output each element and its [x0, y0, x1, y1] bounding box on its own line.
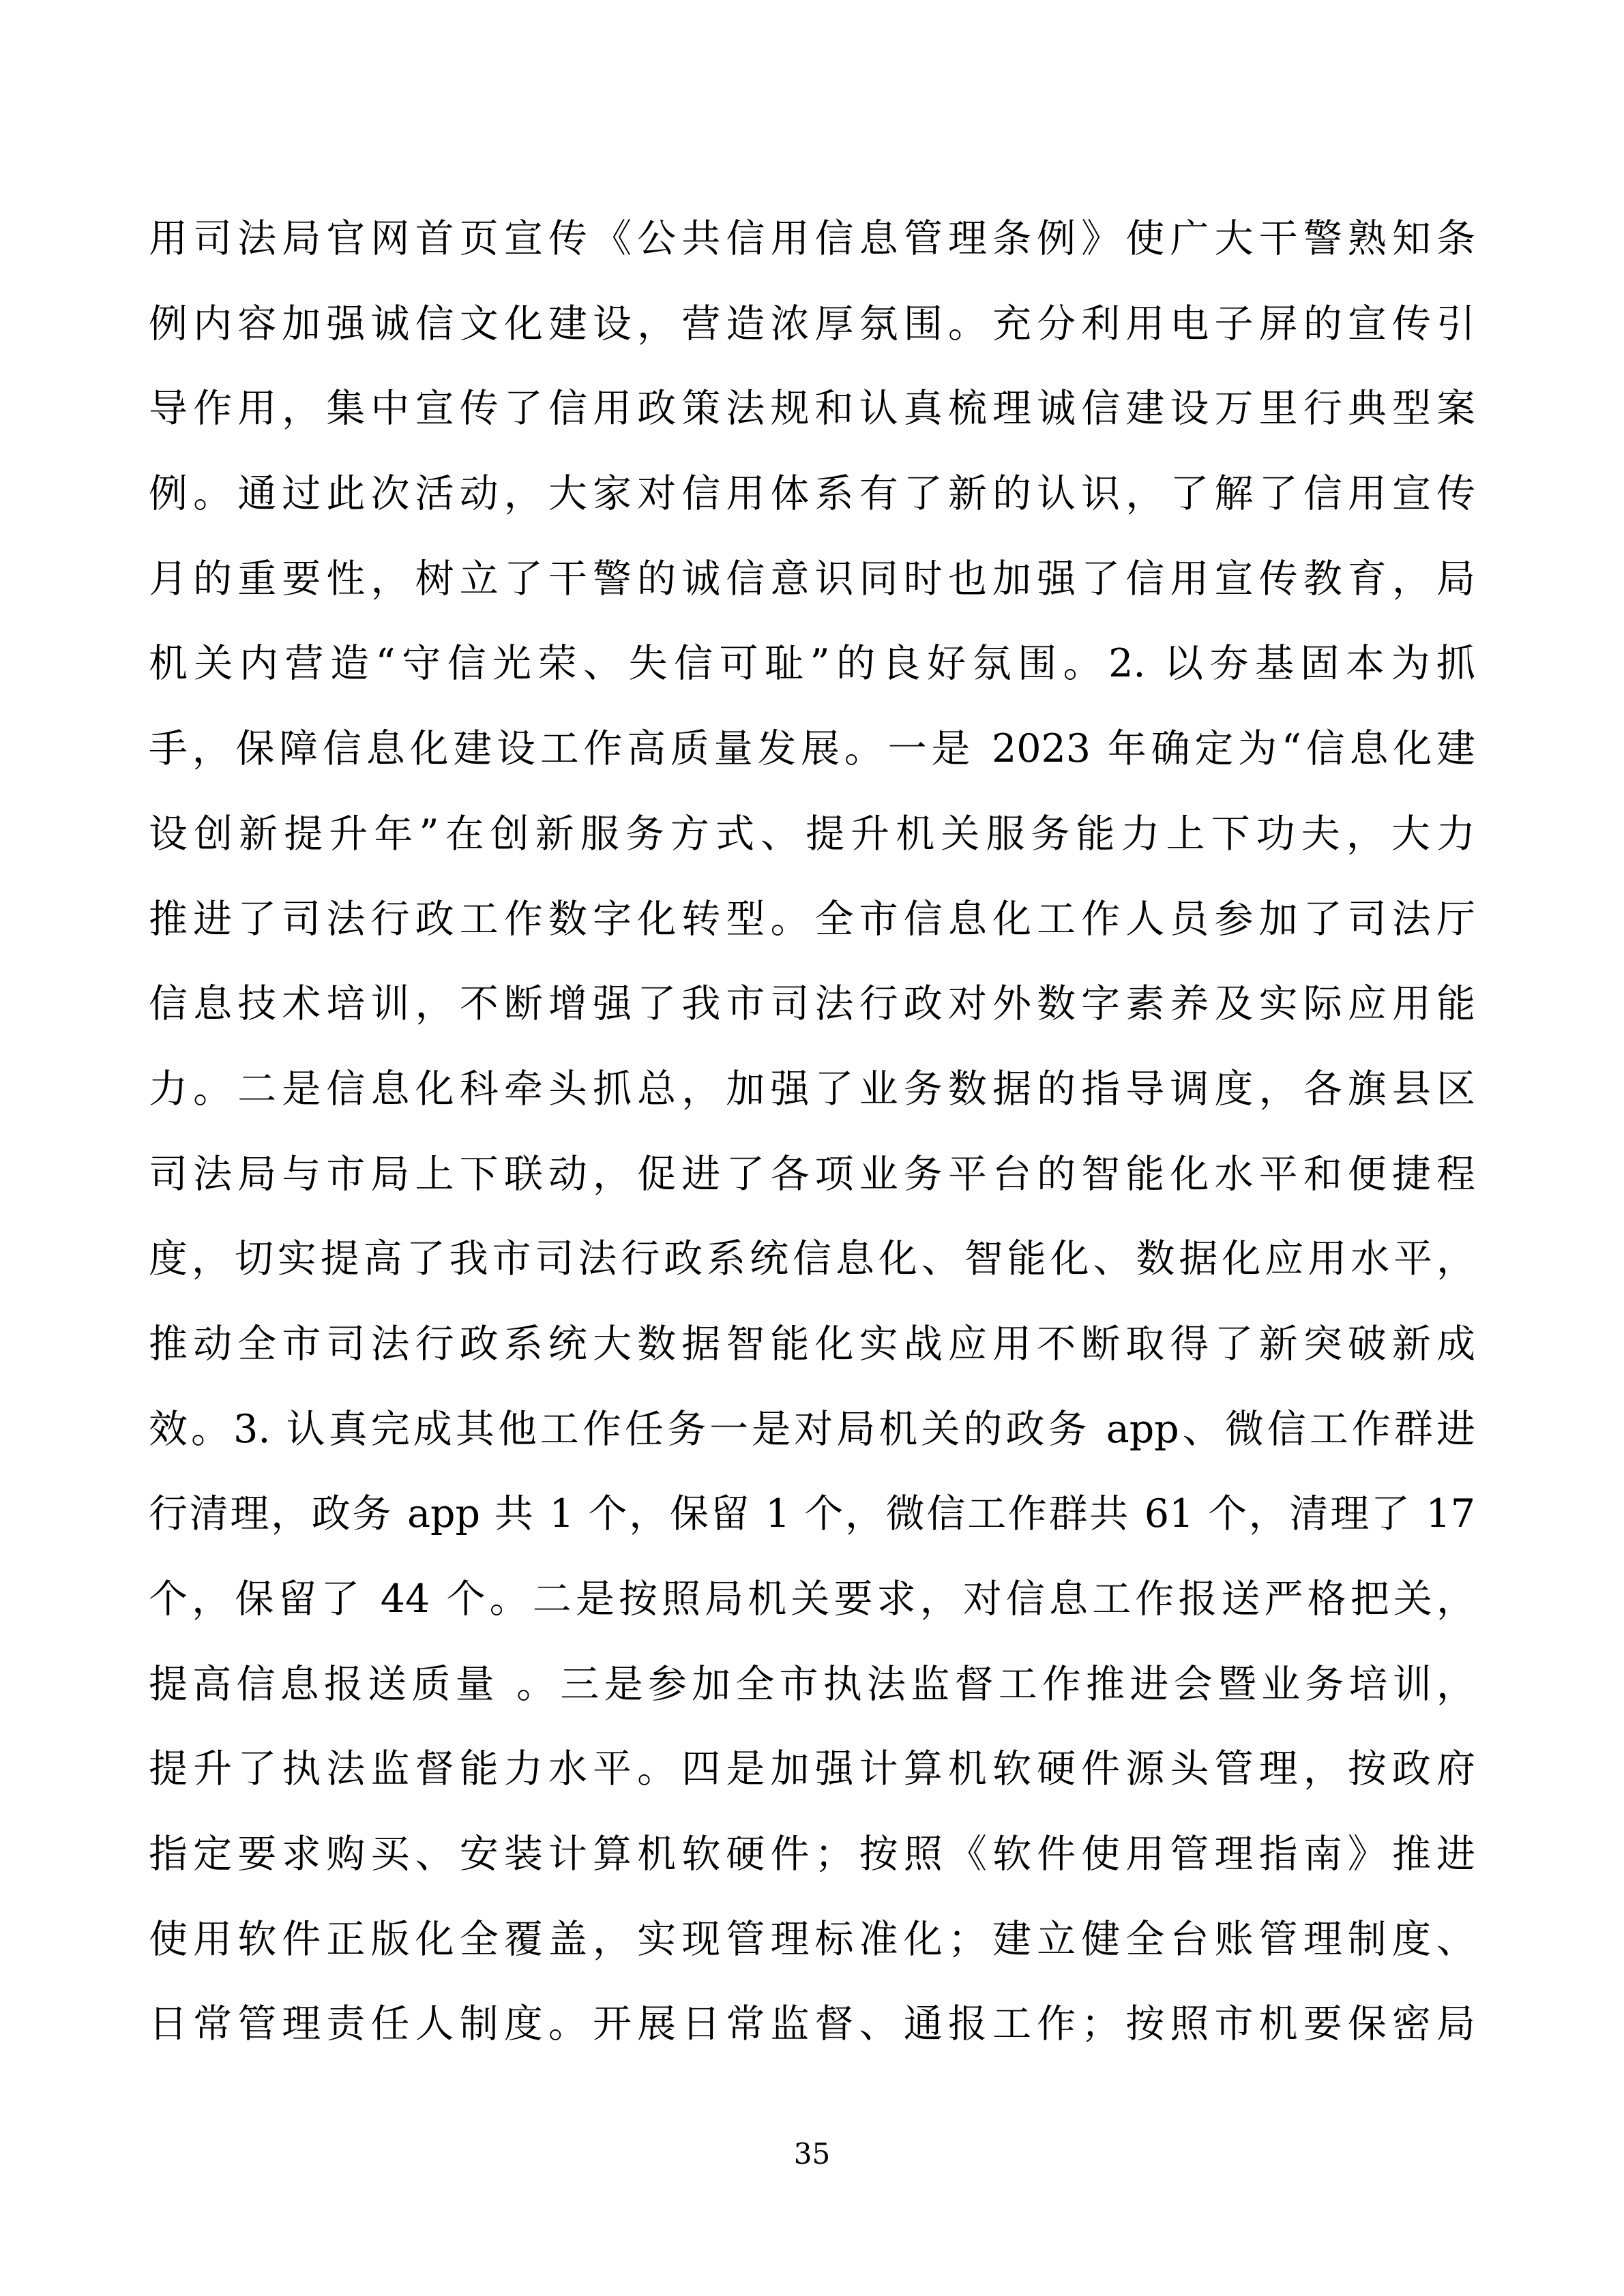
page-number: 35: [0, 2140, 1624, 2168]
text-line: 导作用，集中宣传了信用政策法规和认真梳理诚信建设万里行典型案: [149, 366, 1475, 451]
text-line: 信息技术培训，不断增强了我市司法行政对外数字素养及实际应用能: [149, 961, 1475, 1047]
text-line: 日常管理责任人制度。开展日常监督、通报工作；按照市机要保密局: [149, 1982, 1475, 2067]
text-line: 个，保留了 44 个。二是按照局机关要求，对信息工作报送严格把关，: [149, 1557, 1475, 1642]
text-line: 使用软件正版化全覆盖，实现管理标准化；建立健全台账管理制度、: [149, 1897, 1475, 1982]
text-line: 推进了司法行政工作数字化转型。全市信息化工作人员参加了司法厅: [149, 877, 1475, 962]
text-line: 提升了执法监督能力水平。四是加强计算机软硬件源头管理，按政府: [149, 1727, 1475, 1812]
text-line: 例内容加强诚信文化建设，营造浓厚氛围。充分利用电子屏的宣传引: [149, 282, 1475, 367]
text-line: 用司法局官网首页宣传《公共信用信息管理条例》使广大干警熟知条: [149, 196, 1475, 282]
text-line: 例。通过此次活动，大家对信用体系有了新的认识，了解了信用宣传: [149, 451, 1475, 537]
text-line: 月的重要性，树立了干警的诚信意识同时也加强了信用宣传教育，局: [149, 537, 1475, 622]
text-line: 机关内营造“守信光荣、失信可耻”的良好氛围。2. 以夯基固本为抓: [149, 621, 1475, 706]
document-body-text: 用司法局官网首页宣传《公共信用信息管理条例》使广大干警熟知条例内容加强诚信文化建…: [149, 196, 1475, 2067]
text-line: 司法局与市局上下联动，促进了各项业务平台的智能化水平和便捷程: [149, 1132, 1475, 1217]
text-line: 手，保障信息化建设工作高质量发展。一是 2023 年确定为“信息化建: [149, 706, 1475, 792]
text-line: 指定要求购买、安装计算机软硬件；按照《软件使用管理指南》推进: [149, 1812, 1475, 1897]
text-line: 设创新提升年”在创新服务方式、提升机关服务能力上下功夫，大力: [149, 792, 1475, 877]
text-line: 提高信息报送质量 。三是参加全市执法监督工作推进会暨业务培训，: [149, 1642, 1475, 1727]
text-line: 力。二是信息化科牵头抓总，加强了业务数据的指导调度，各旗县区: [149, 1047, 1475, 1132]
text-line: 行清理，政务 app 共 1 个，保留 1 个，微信工作群共 61 个，清理了 …: [149, 1472, 1475, 1557]
text-line: 效。3. 认真完成其他工作任务一是对局机关的政务 app、微信工作群进: [149, 1387, 1475, 1472]
text-line: 度，切实提高了我市司法行政系统信息化、智能化、数据化应用水平，: [149, 1217, 1475, 1302]
document-page: 用司法局官网首页宣传《公共信用信息管理条例》使广大干警熟知条例内容加强诚信文化建…: [0, 0, 1624, 2296]
text-line: 推动全市司法行政系统大数据智能化实战应用不断取得了新突破新成: [149, 1302, 1475, 1387]
